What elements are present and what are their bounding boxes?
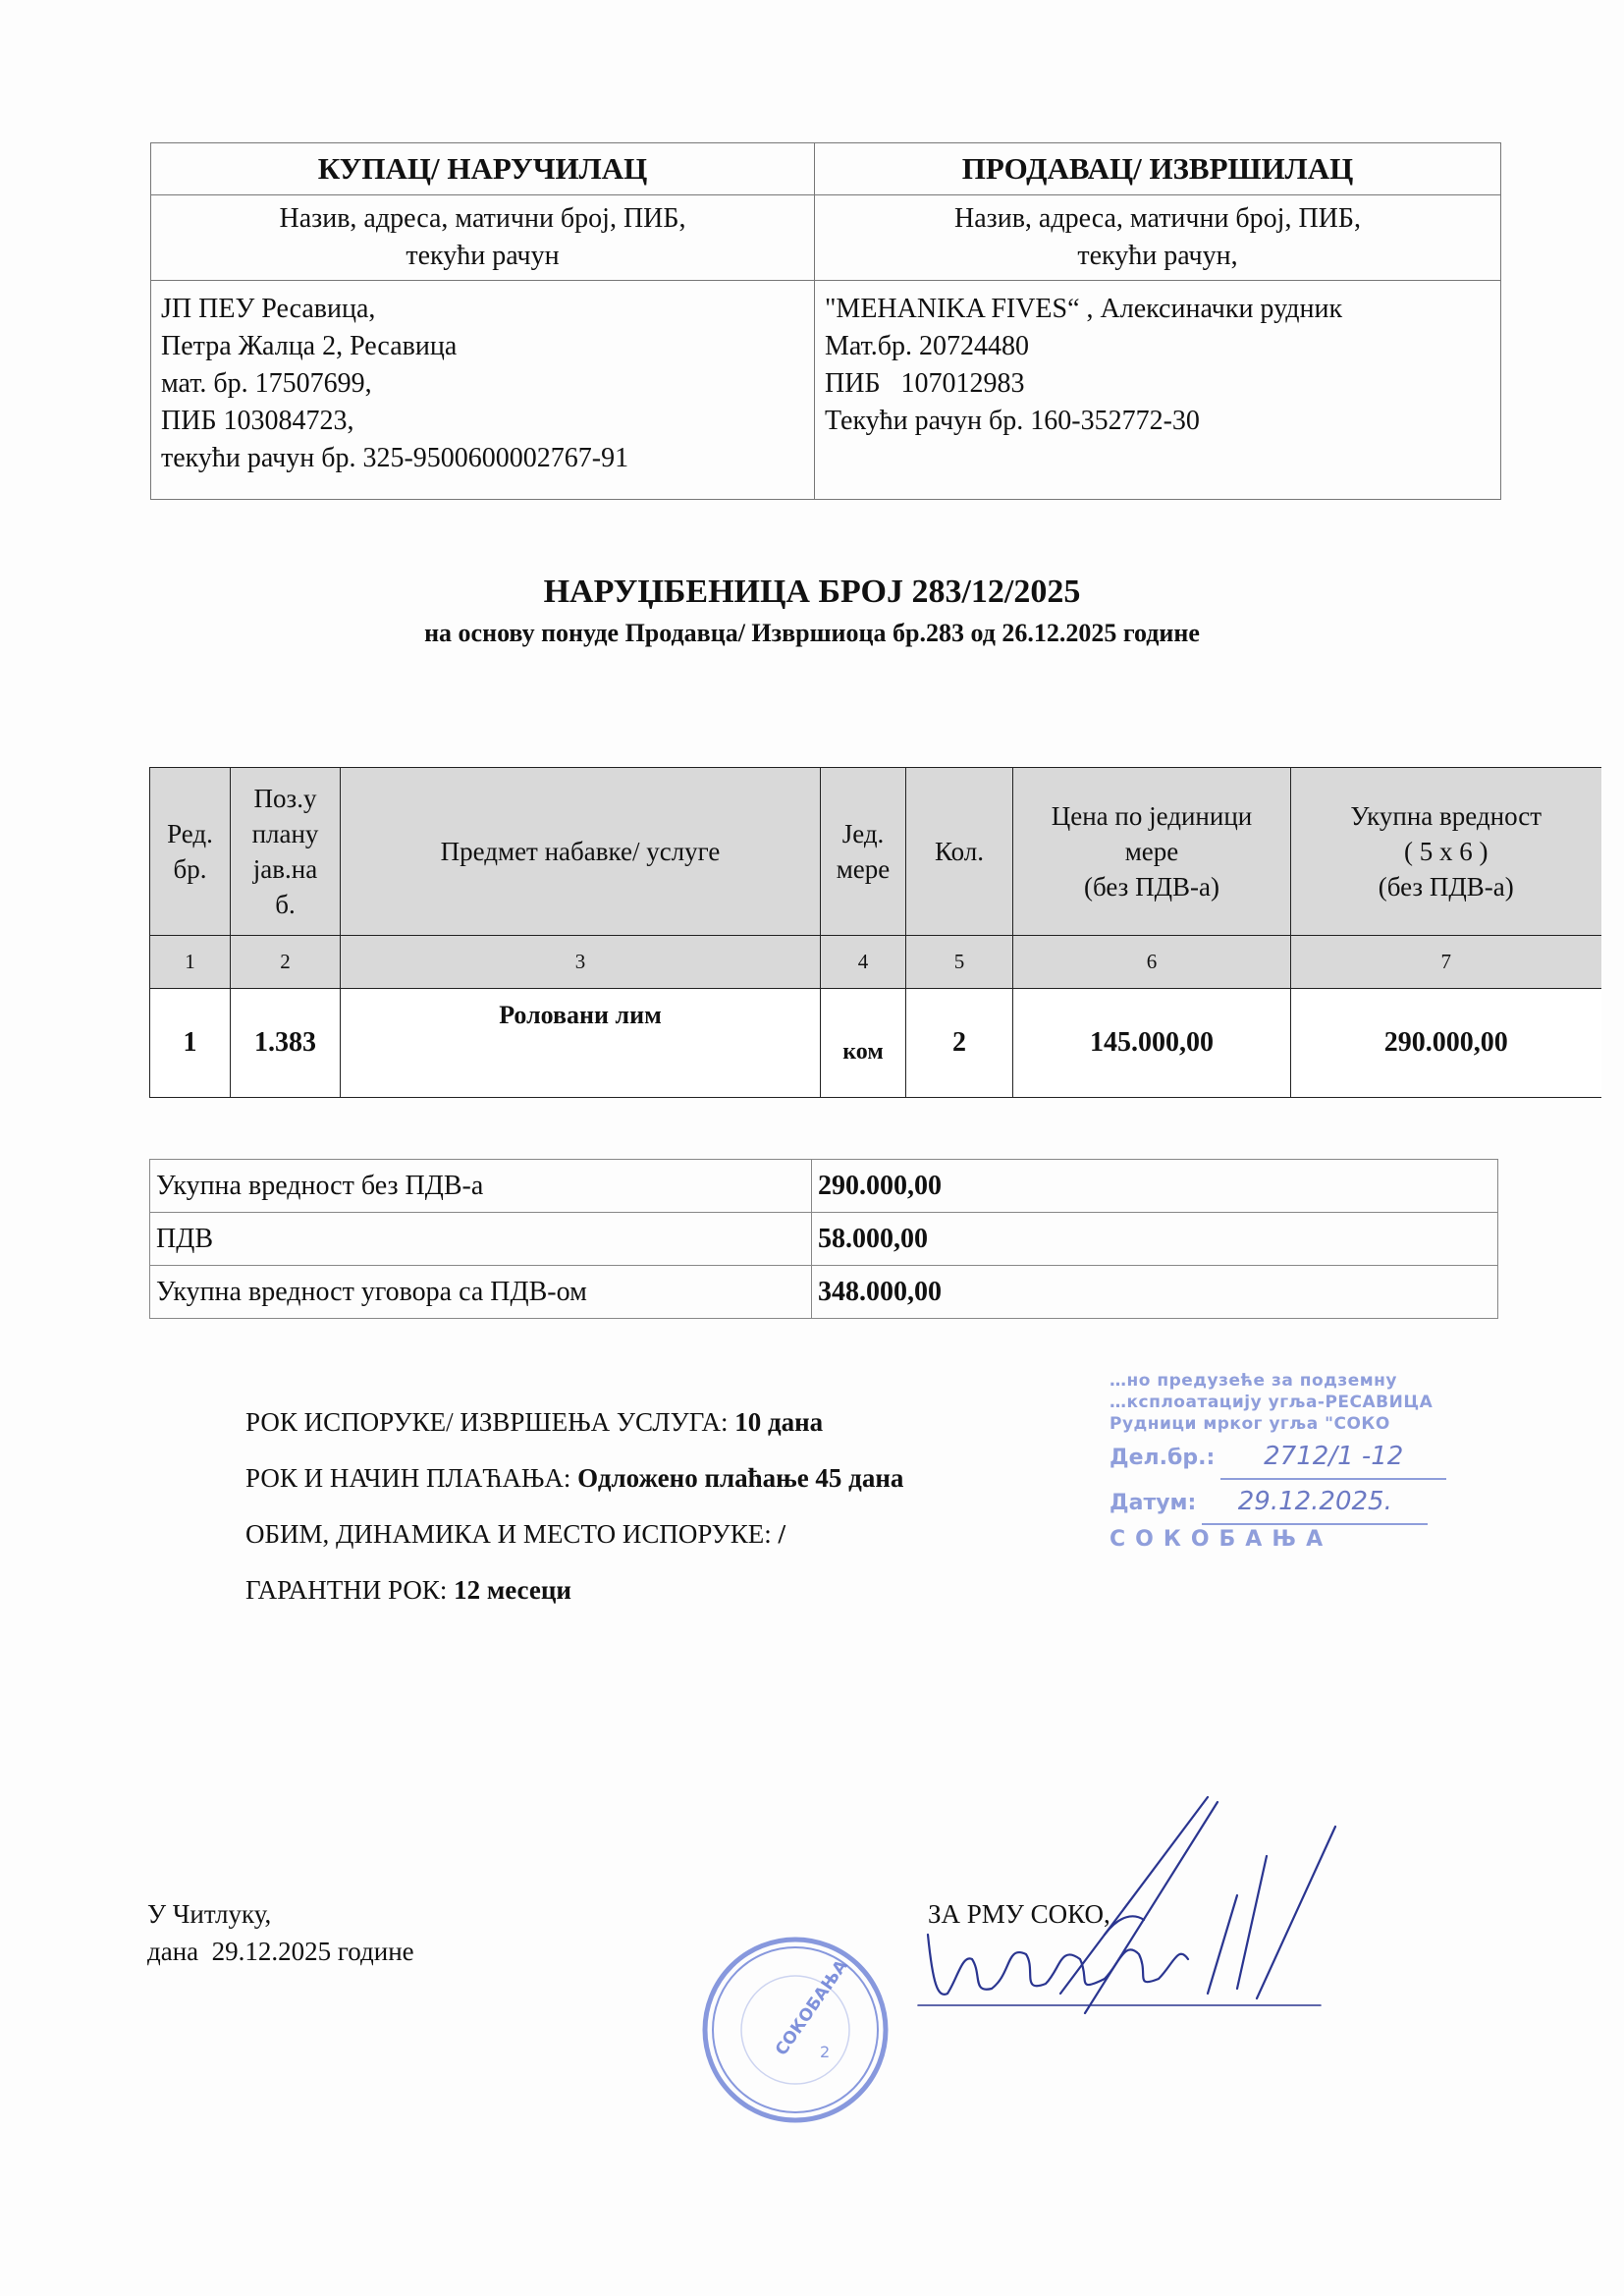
cell-unit: ком [821,989,906,1098]
seller-subheading-line: текући рачун, [825,238,1490,275]
header-line: ( 5 x 6 ) [1295,834,1597,869]
buyer-name: ЈП ПЕУ Ресавица, [161,291,804,328]
header-line: (без ПДВ-а) [1017,869,1286,904]
term-value: Одложено плаћање 45 дана [577,1463,903,1493]
header-line: б. [235,887,336,922]
svg-text:2: 2 [820,2043,830,2061]
header-total: Укупна вредност ( 5 x 6 ) (без ПДВ-а) [1291,768,1601,936]
place-text: У Читлуку, [147,1895,414,1933]
column-number: 6 [1013,936,1291,989]
svg-text:СОКОБАЊА: СОКОБАЊА [772,1956,852,2059]
document-title: НАРУЏБЕНИЦА БРОЈ 283/12/2025 [0,573,1624,612]
stamp-ref-label: Дел.бр.: [1110,1446,1215,1470]
header-line: Кол. [910,834,1008,869]
buyer-bank-account: текући рачун бр. 325-9500600002767-91 [161,440,804,477]
seller-bank-account: Текући рачун бр. 160-352772-30 [825,403,1490,440]
cell-unit-price: 145.000,00 [1013,989,1291,1098]
cell-quantity: 2 [906,989,1013,1098]
header-line: Цена по јединици [1017,798,1286,834]
header-line: мере [825,851,901,887]
items-header-row: Ред. бр. Поз.у плану јав.на б. Предмет н… [150,768,1601,936]
header-item: Предмет набавке/ услуге [341,768,821,936]
term-value: 12 месеци [454,1575,571,1605]
buyer-registration-number: мат. бр. 17507699, [161,365,804,403]
parties-table: КУПАЦ/ НАРУЧИЛАЦ ПРОДАВАЦ/ ИЗВРШИЛАЦ Наз… [150,142,1501,500]
header-line: јав.на [235,851,336,887]
seller-details: "MEHANIKA FIVES“ , Алексиначки рудник Ма… [815,281,1501,500]
seller-name: "MEHANIKA FIVES“ , Алексиначки рудник [825,291,1490,328]
header-unit: Јед. мере [821,768,906,936]
column-number: 1 [150,936,231,989]
term-scope: ОБИМ, ДИНАМИКА И МЕСТО ИСПОРУКЕ: / [245,1506,903,1562]
header-line: Укупна вредност [1295,798,1597,834]
term-label: РОК И НАЧИН ПЛАЋАЊА: [245,1463,577,1493]
header-line: плану [235,816,336,851]
buyer-subheading-line: текући рачун [161,238,804,275]
header-line: Поз.у [235,781,336,816]
terms-section: РОК ИСПОРУКЕ/ ИЗВРШЕЊА УСЛУГА: 10 дана Р… [245,1394,903,1618]
header-row-number: Ред. бр. [150,768,231,936]
cell-row-number: 1 [150,989,231,1098]
total-row-net: Укупна вредност без ПДВ-а 290.000,00 [150,1160,1498,1213]
stamp-line: …ксплоатацију угља-РЕСАВИЦА [1110,1392,1492,1413]
header-line: (без ПДВ-а) [1295,869,1597,904]
stamp-ref-field: Дел.бр.:2712/1 -12 [1110,1435,1492,1480]
total-label: Укупна вредност уговора са ПДВ-ом [150,1266,812,1319]
column-number: 2 [231,936,341,989]
column-number: 4 [821,936,906,989]
stamp-city: СОКОБАЊА [1110,1525,1492,1555]
column-number: 3 [341,936,821,989]
registration-stamp: …но предузеће за подземну …ксплоатацију … [1110,1370,1492,1555]
buyer-details: ЈП ПЕУ Ресавица, Петра Жалца 2, Ресавица… [151,281,815,500]
totals-table: Укупна вредност без ПДВ-а 290.000,00 ПДВ… [149,1159,1498,1319]
stamp-date-value: 29.12.2025. [1202,1480,1428,1525]
header-line: бр. [154,851,226,887]
column-number-row: 1 2 3 4 5 6 7 [150,936,1601,989]
stamp-date-field: Датум:29.12.2025. [1110,1480,1492,1525]
term-warranty: ГАРАНТНИ РОК: 12 месеци [245,1562,903,1618]
seller-heading: ПРОДАВАЦ/ ИЗВРШИЛАЦ [815,143,1501,195]
term-delivery: РОК ИСПОРУКЕ/ ИЗВРШЕЊА УСЛУГА: 10 дана [245,1394,903,1450]
place-and-date: У Читлуку, дана 29.12.2025 године [147,1895,414,1970]
column-number: 7 [1291,936,1601,989]
seller-registration-number: Мат.бр. 20724480 [825,328,1490,365]
header-quantity: Кол. [906,768,1013,936]
document-subtitle: на основу понуде Продавца/ Извршиоца бр.… [0,617,1624,650]
total-value: 290.000,00 [812,1160,1498,1213]
total-row-vat: ПДВ 58.000,00 [150,1213,1498,1266]
stamp-ref-value: 2712/1 -12 [1220,1435,1446,1480]
header-line: Ред. [154,816,226,851]
term-value: 10 дана [734,1407,823,1437]
seller-subheading: Назив, адреса, матични број, ПИБ, текући… [815,195,1501,281]
term-label: ОБИМ, ДИНАМИКА И МЕСТО ИСПОРУКЕ: [245,1519,779,1549]
header-line: мере [1017,834,1286,869]
signature-icon [913,1787,1384,2023]
term-value: / [779,1519,786,1549]
total-value: 348.000,00 [812,1266,1498,1319]
header-line: Предмет набавке/ услуге [345,834,816,869]
date-text: дана 29.12.2025 године [147,1933,414,1970]
header-unit-price: Цена по јединици мере (без ПДВ-а) [1013,768,1291,936]
items-table: Ред. бр. Поз.у плану јав.на б. Предмет н… [149,767,1601,1098]
column-number: 5 [906,936,1013,989]
stamp-line: Рудници мрког угља "СОКО [1110,1413,1492,1435]
total-label: ПДВ [150,1213,812,1266]
cell-plan-position: 1.383 [231,989,341,1098]
seller-subheading-line: Назив, адреса, матични број, ПИБ, [825,200,1490,238]
stamp-date-label: Датум: [1110,1491,1196,1515]
buyer-subheading-line: Назив, адреса, матични број, ПИБ, [161,200,804,238]
buyer-address: Петра Жалца 2, Ресавица [161,328,804,365]
table-row: 1 1.383 Роловани лим ком 2 145.000,00 29… [150,989,1601,1098]
header-plan-position: Поз.у плану јав.на б. [231,768,341,936]
total-label: Укупна вредност без ПДВ-а [150,1160,812,1213]
total-row-gross: Укупна вредност уговора са ПДВ-ом 348.00… [150,1266,1498,1319]
cell-total: 290.000,00 [1291,989,1601,1098]
buyer-subheading: Назив, адреса, матични број, ПИБ, текући… [151,195,815,281]
total-value: 58.000,00 [812,1213,1498,1266]
term-payment: РОК И НАЧИН ПЛАЋАЊА: Одложено плаћање 45… [245,1450,903,1506]
stamp-line: …но предузеће за подземну [1110,1370,1492,1392]
term-label: ГАРАНТНИ РОК: [245,1575,454,1605]
term-label: РОК ИСПОРУКЕ/ ИЗВРШЕЊА УСЛУГА: [245,1407,734,1437]
round-seal-icon: СОКОБАЊА 2 [682,1920,918,2136]
cell-item: Роловани лим [341,989,821,1098]
buyer-tax-id: ПИБ 103084723, [161,403,804,440]
seller-tax-id: ПИБ 107012983 [825,365,1490,403]
header-line: Јед. [825,816,901,851]
buyer-heading: КУПАЦ/ НАРУЧИЛАЦ [151,143,815,195]
